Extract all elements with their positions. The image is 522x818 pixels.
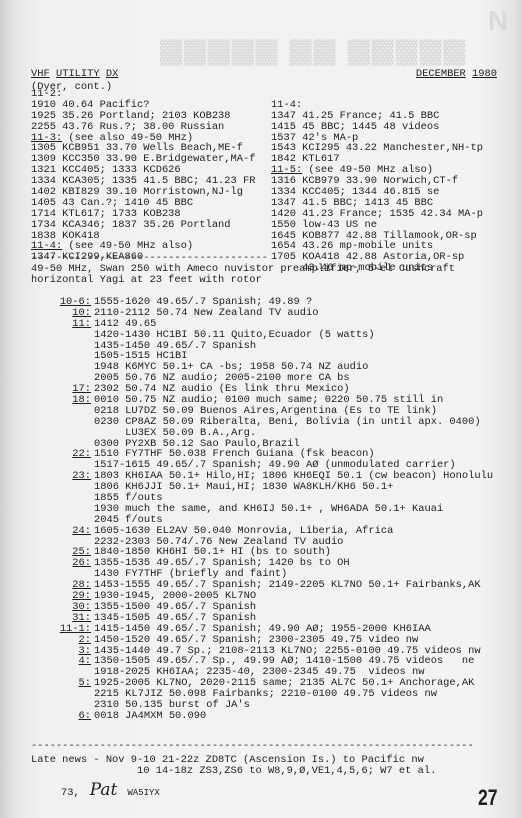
log-date: 24: bbox=[31, 526, 94, 537]
signature: 73, Pat WA5IYX bbox=[61, 780, 160, 800]
log-date bbox=[31, 341, 94, 352]
log-date: 22: bbox=[31, 449, 94, 460]
log-date bbox=[31, 482, 94, 493]
log-entry: 11-1:1415-1450 49.65/.7 Spanish; 49.90 A… bbox=[31, 624, 493, 635]
log-date: 23: bbox=[31, 471, 94, 482]
log-date bbox=[31, 406, 94, 417]
log-date bbox=[31, 330, 94, 341]
log-date bbox=[31, 428, 94, 439]
log-entry: LU3EX 50.09 B.A.,Arg. bbox=[31, 428, 493, 439]
log-text: 1605-1630 EL2AV 50.040 Monrovia, Liberia… bbox=[94, 526, 393, 537]
log-date bbox=[31, 493, 94, 504]
log-entry: 1420-1430 HC1BI 50.11 Quito,Ecuador (5 w… bbox=[31, 330, 493, 341]
page-header: VHF UTILITY DX DECEMBER 1980 bbox=[31, 69, 497, 80]
log-line: 1734 KCA346; 1837 35.26 Portland bbox=[31, 220, 255, 231]
late-news: Late news - Nov 9-10 21-22z ZD8TC (Ascen… bbox=[31, 755, 436, 777]
right-column: 11-4:1347 41.25 France; 41.5 BBC1415 45 … bbox=[271, 100, 483, 274]
log-date: 4: bbox=[31, 656, 94, 667]
log-date: 5: bbox=[31, 678, 94, 689]
log-date bbox=[31, 504, 94, 515]
log-entry: 6:0018 JA4MXM 50.090 bbox=[31, 711, 493, 722]
log-text: 1450-1520 49.65/.7 Spanish; 2300-2305 49… bbox=[94, 635, 418, 646]
six-meter-log: 10-6:1555-1620 49.65/.7 Spanish; 49.89 ?… bbox=[31, 297, 493, 722]
log-date: 18: bbox=[31, 395, 94, 406]
log-date bbox=[31, 362, 94, 373]
log-text: 1415-1450 49.65/.7 Spanish; 49.90 AØ; 19… bbox=[94, 624, 431, 635]
log-date bbox=[31, 417, 94, 428]
log-entry: 24:1605-1630 EL2AV 50.040 Monrovia, Libe… bbox=[31, 526, 493, 537]
log-date: 11-1: bbox=[31, 624, 94, 635]
log-date: 26: bbox=[31, 558, 94, 569]
issue-date: DECEMBER 1980 bbox=[416, 69, 497, 80]
bleed-through-letter: N bbox=[488, 5, 508, 37]
log-date: 2: bbox=[31, 635, 94, 646]
signature-name: Pat bbox=[90, 780, 118, 800]
log-date bbox=[31, 689, 94, 700]
log-date: 6: bbox=[31, 711, 94, 722]
log-text: 1420-1430 HC1BI 50.11 Quito,Ecuador (5 w… bbox=[94, 330, 375, 341]
separator-long: ----------------------------------------… bbox=[31, 741, 474, 752]
left-column: 11-2:1910 40.64 Pacific?1925 35.26 Portl… bbox=[31, 89, 255, 263]
bleed-through-text: ▓▓▓▓▓ ▓▓ ▓▓▓▓▓ bbox=[160, 38, 510, 66]
log-date bbox=[31, 351, 94, 362]
callsign: WA5IYX bbox=[127, 788, 159, 798]
log-date: 11: bbox=[31, 319, 94, 330]
log-line: 2255 43.76 Rus.?; 38.00 Russian bbox=[31, 122, 255, 133]
log-line: 1550 low-43 US ne bbox=[271, 220, 483, 231]
station-setup: 49-50 MHz, Swan 250 with Ameco nuvistor … bbox=[31, 264, 455, 286]
page-number: 27 bbox=[478, 785, 498, 811]
log-line: 1415 45 BBC; 1445 48 videos bbox=[271, 122, 483, 133]
log-entry: 2:1450-1520 49.65/.7 Spanish; 2300-2305 … bbox=[31, 635, 493, 646]
log-text: LU3EX 50.09 B.A.,Arg. bbox=[94, 428, 256, 439]
section-title: VHF UTILITY DX bbox=[31, 69, 118, 80]
log-text: 0018 JA4MXM 50.090 bbox=[94, 711, 206, 722]
